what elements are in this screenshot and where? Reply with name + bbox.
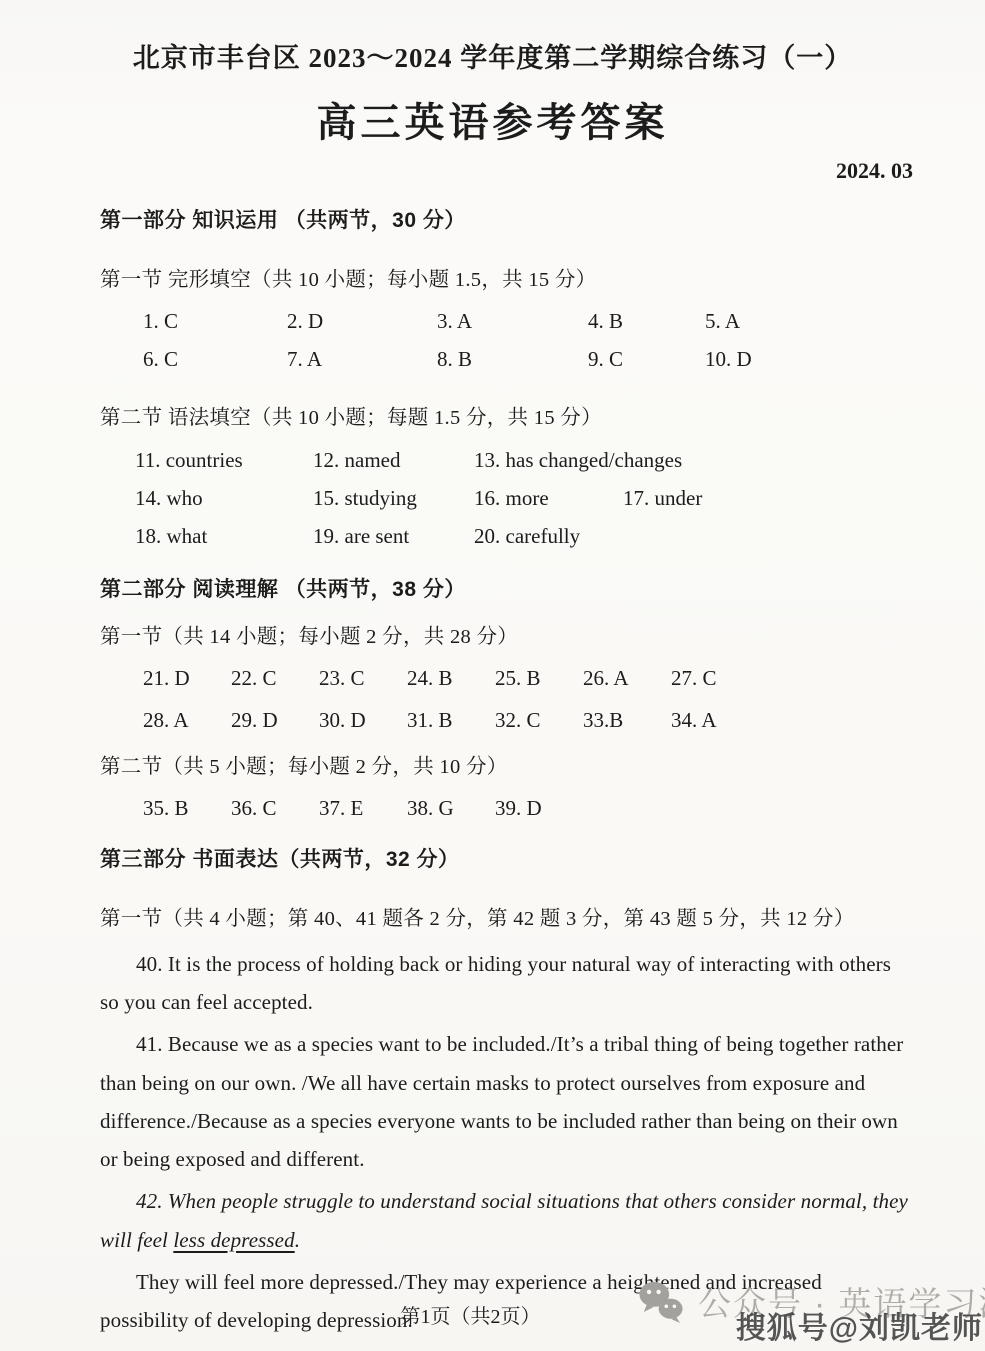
answer-cell: 39. D: [495, 795, 542, 821]
answer-cell: 27. C: [671, 665, 717, 691]
grammar-section-heading: 第二节 语法填空（共 10 小题；每题 1.5 分，共 15 分）: [100, 400, 915, 430]
answer-cell: 23. C: [319, 665, 407, 691]
answer-cell: 14. who: [135, 485, 313, 511]
answer-cell: 5. A: [705, 308, 740, 334]
answer-42-tail: .: [295, 1228, 300, 1252]
answer-cell: 24. B: [407, 665, 495, 691]
answer-cell: 6. C: [143, 346, 287, 372]
answer-cell: 25. B: [495, 665, 583, 691]
document-date: 2024. 03: [0, 158, 913, 184]
answer-cell: 1. C: [143, 308, 287, 334]
answer-41-paragraph: 41. Because we as a species want to be i…: [100, 1025, 915, 1178]
answer-cell: 31. B: [407, 707, 495, 733]
answer-cell: 2. D: [287, 308, 437, 334]
part2-heading: 第二部分 阅读理解 （共两节，38 分）: [100, 573, 915, 603]
answer-cell: 33.B: [583, 707, 671, 733]
answer-cell: 19. are sent: [313, 523, 474, 549]
answer-cell: 11. countries: [135, 447, 313, 473]
answer-cell: 38. G: [407, 795, 495, 821]
answer-40-paragraph: 40. It is the process of holding back or…: [100, 945, 915, 1021]
answer-cell: 13. has changed/changes: [474, 447, 682, 473]
answer-cell: 26. A: [583, 665, 671, 691]
answer-cell: 12. named: [313, 447, 474, 473]
answer-cell: 28. A: [143, 707, 231, 733]
grammar-answers-row-3: 18. what 19. are sent 20. carefully: [100, 523, 915, 549]
answer-42-paragraph: 42. When people struggle to understand s…: [100, 1182, 915, 1258]
document-title: 北京市丰台区 2023～2024 学年度第二学期综合练习（一）: [0, 36, 985, 75]
answer-cell: 34. A: [671, 707, 717, 733]
reading-section1-heading: 第一节（共 14 小题；每小题 2 分，共 28 分）: [100, 619, 915, 649]
answer-cell: 37. E: [319, 795, 407, 821]
reading-section2-heading: 第二节（共 5 小题；每小题 2 分，共 10 分）: [100, 749, 915, 779]
answer-cell: 8. B: [437, 346, 588, 372]
answer-cell: 20. carefully: [474, 523, 580, 549]
grammar-answers-row-2: 14. who 15. studying 16. more 17. under: [100, 485, 915, 511]
answer-cell: 30. D: [319, 707, 407, 733]
cloze-section-heading: 第一节 完形填空（共 10 小题；每小题 1.5，共 15 分）: [100, 262, 915, 292]
answer-cell: 15. studying: [313, 485, 474, 511]
answer-cell: 36. C: [231, 795, 319, 821]
answer-cell: 4. B: [588, 308, 705, 334]
cloze-answers-row-1: 1. C 2. D 3. A 4. B 5. A: [100, 308, 915, 334]
answer-cell: 22. C: [231, 665, 319, 691]
reading-answers-row-1: 21. D 22. C 23. C 24. B 25. B 26. A 27. …: [100, 665, 915, 691]
answer-cell: 35. B: [143, 795, 231, 821]
answer-cell: 29. D: [231, 707, 319, 733]
answer-cell: 3. A: [437, 308, 588, 334]
part1-heading: 第一部分 知识运用 （共两节，30 分）: [100, 204, 915, 234]
writing-section1-heading: 第一节（共 4 小题；第 40、41 题各 2 分，第 42 题 3 分，第 4…: [100, 901, 915, 931]
answer-cell: 7. A: [287, 346, 437, 372]
part3-heading: 第三部分 书面表达（共两节，32 分）: [100, 843, 915, 873]
wechat-icon: [638, 1280, 684, 1324]
answer-cell: 21. D: [143, 665, 231, 691]
answer-cell: 18. what: [135, 523, 313, 549]
grammar-answers-row-1: 11. countries 12. named 13. has changed/…: [100, 447, 915, 473]
answer-cell: 9. C: [588, 346, 705, 372]
document-body: 第一部分 知识运用 （共两节，30 分） 第一节 完形填空（共 10 小题；每小…: [0, 204, 985, 1339]
answer-cell: 32. C: [495, 707, 583, 733]
answer-cell: 17. under: [623, 485, 702, 511]
reading-answers-row-2: 28. A 29. D 30. D 31. B 32. C 33.B 34. A: [100, 707, 915, 733]
answer-cell: 16. more: [474, 485, 623, 511]
document-subtitle: 高三英语参考答案: [0, 91, 985, 148]
scanned-answer-key-page: 北京市丰台区 2023～2024 学年度第二学期综合练习（一） 高三英语参考答案…: [0, 0, 985, 1351]
answer-cell: 10. D: [705, 346, 752, 372]
answer-42-underlined-phrase: less depressed: [173, 1228, 294, 1252]
sohu-watermark: 搜狐号@刘凯老师: [736, 1303, 983, 1347]
reading-answers-row-3: 35. B 36. C 37. E 38. G 39. D: [100, 795, 915, 821]
cloze-answers-row-2: 6. C 7. A 8. B 9. C 10. D: [100, 346, 915, 372]
